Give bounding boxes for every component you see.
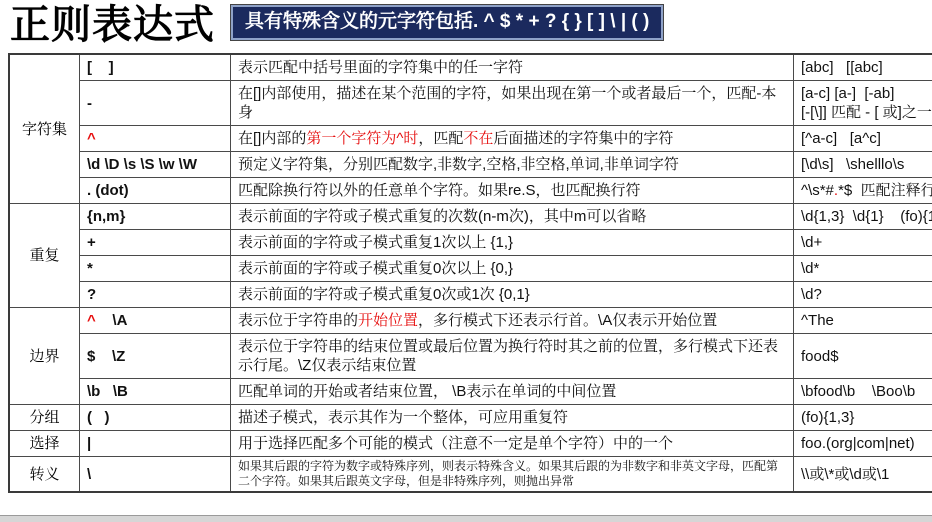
page-title: 正则表达式 — [10, 1, 215, 49]
table-row: 边界^ \A表示位于字符串的开始位置，多行模式下还表示行首。\A仅表示开始位置^… — [9, 308, 932, 334]
symbol-cell: $ \Z — [80, 334, 231, 379]
example-cell: [^a-c] [a^c] — [794, 126, 932, 152]
description-cell: 预定义字符集，分别匹配数字,非数字,空格,非空格,单词,非单词字符 — [231, 152, 794, 178]
example-cell: \bfood\b \Boo\b — [794, 379, 932, 405]
description-cell: 在[]内部的第一个字符为^时，匹配不在后面描述的字符集中的字符 — [231, 126, 794, 152]
example-cell: [abc] [[abc] — [794, 54, 932, 81]
table-row: +表示前面的字符或子模式重复1次以上 {1,}\d+ — [9, 230, 932, 256]
example-cell: ^\s*#.*$ 匹配注释行 — [794, 178, 932, 204]
example-cell: foo.(org|com|net) — [794, 431, 932, 457]
symbol-cell: \ — [80, 457, 231, 493]
description-cell: 表示前面的字符或子模式重复0次以上 {0,} — [231, 256, 794, 282]
category-cell: 分组 — [9, 405, 80, 431]
regex-table-body: 字符集[ ]表示匹配中括号里面的字符集中的任一字符[abc] [[abc]-在[… — [9, 54, 932, 492]
symbol-cell: | — [80, 431, 231, 457]
example-cell: \d* — [794, 256, 932, 282]
table-row: 选择|用于选择匹配多个可能的模式（注意不一定是单个字符）中的一个foo.(org… — [9, 431, 932, 457]
table-row: . (dot)匹配除换行符以外的任意单个字符。如果re.S，也匹配换行符^\s*… — [9, 178, 932, 204]
example-cell: food$ — [794, 334, 932, 379]
example-cell: [\d\s] \shelllo\s — [794, 152, 932, 178]
symbol-cell: ^ — [80, 126, 231, 152]
description-cell: 在[]内部使用，描述在某个范围的字符，如果出现在第一个或者最后一个，匹配-本身 — [231, 81, 794, 126]
table-row: 分组( )描述子模式，表示其作为一个整体，可应用重复符(fo){1,3} — [9, 405, 932, 431]
regex-table: 字符集[ ]表示匹配中括号里面的字符集中的任一字符[abc] [[abc]-在[… — [8, 53, 932, 493]
header: 正则表达式 具有特殊含义的元字符包括. ^ $ * + ? { } [ ] \ … — [0, 0, 932, 53]
description-cell: 用于选择匹配多个可能的模式（注意不一定是单个字符）中的一个 — [231, 431, 794, 457]
description-cell: 表示前面的字符或子模式重复的次数(n-m次)，其中m可以省略 — [231, 204, 794, 230]
description-cell: 表示位于字符串的结束位置或最后位置为换行符时其之前的位置，多行模式下还表示行尾。… — [231, 334, 794, 379]
example-cell: \d{1,3} \d{1} (fo){1,} — [794, 204, 932, 230]
table-row: \d \D \s \S \w \W预定义字符集，分别匹配数字,非数字,空格,非空… — [9, 152, 932, 178]
symbol-cell: ( ) — [80, 405, 231, 431]
table-row: ?表示前面的字符或子模式重复0次或1次 {0,1}\d? — [9, 282, 932, 308]
symbol-cell: ^ \A — [80, 308, 231, 334]
symbol-cell: ? — [80, 282, 231, 308]
banner-text: 具有特殊含义的元字符包括. ^ $ * + ? { } [ ] \ | ( ) — [245, 11, 649, 32]
table-row: 转义\如果其后跟的字符为数字或特殊序列，则表示特殊含义。如果其后跟的为非数字和非… — [9, 457, 932, 493]
table-row: 重复{n,m}表示前面的字符或子模式重复的次数(n-m次)，其中m可以省略\d{… — [9, 204, 932, 230]
symbol-cell: \b \B — [80, 379, 231, 405]
category-cell: 选择 — [9, 431, 80, 457]
category-cell: 转义 — [9, 457, 80, 493]
special-chars-banner: 具有特殊含义的元字符包括. ^ $ * + ? { } [ ] \ | ( ) — [231, 5, 663, 40]
description-cell: 表示位于字符串的开始位置，多行模式下还表示行首。\A仅表示开始位置 — [231, 308, 794, 334]
description-cell: 表示前面的字符或子模式重复1次以上 {1,} — [231, 230, 794, 256]
category-cell: 边界 — [9, 308, 80, 405]
description-cell: 表示匹配中括号里面的字符集中的任一字符 — [231, 54, 794, 81]
example-cell: \d+ — [794, 230, 932, 256]
description-cell: 描述子模式，表示其作为一个整体，可应用重复符 — [231, 405, 794, 431]
example-cell: \d? — [794, 282, 932, 308]
description-cell: 匹配单词的开始或者结束位置， \B表示在单词的中间位置 — [231, 379, 794, 405]
symbol-cell: {n,m} — [80, 204, 231, 230]
table-row: *表示前面的字符或子模式重复0次以上 {0,}\d* — [9, 256, 932, 282]
description-cell: 匹配除换行符以外的任意单个字符。如果re.S，也匹配换行符 — [231, 178, 794, 204]
description-cell: 如果其后跟的字符为数字或特殊序列，则表示特殊含义。如果其后跟的为非数字和非英文字… — [231, 457, 794, 493]
example-cell: [a-c] [a-] [-ab] [-[\]] 匹配 - [ 或]之一 — [794, 81, 932, 126]
example-cell: \\或\*或\d或\1 — [794, 457, 932, 493]
symbol-cell: * — [80, 256, 231, 282]
category-cell: 字符集 — [9, 54, 80, 204]
footer-strip — [0, 515, 932, 522]
table-row: ^在[]内部的第一个字符为^时，匹配不在后面描述的字符集中的字符[^a-c] [… — [9, 126, 932, 152]
table-row: -在[]内部使用，描述在某个范围的字符，如果出现在第一个或者最后一个，匹配-本身… — [9, 81, 932, 126]
example-cell: (fo){1,3} — [794, 405, 932, 431]
example-cell: ^The — [794, 308, 932, 334]
symbol-cell: - — [80, 81, 231, 126]
table-row: \b \B匹配单词的开始或者结束位置， \B表示在单词的中间位置\bfood\b… — [9, 379, 932, 405]
symbol-cell: \d \D \s \S \w \W — [80, 152, 231, 178]
symbol-cell: [ ] — [80, 54, 231, 81]
symbol-cell: . (dot) — [80, 178, 231, 204]
symbol-cell: + — [80, 230, 231, 256]
table-row: $ \Z表示位于字符串的结束位置或最后位置为换行符时其之前的位置，多行模式下还表… — [9, 334, 932, 379]
table-row: 字符集[ ]表示匹配中括号里面的字符集中的任一字符[abc] [[abc] — [9, 54, 932, 81]
category-cell: 重复 — [9, 204, 80, 308]
description-cell: 表示前面的字符或子模式重复0次或1次 {0,1} — [231, 282, 794, 308]
